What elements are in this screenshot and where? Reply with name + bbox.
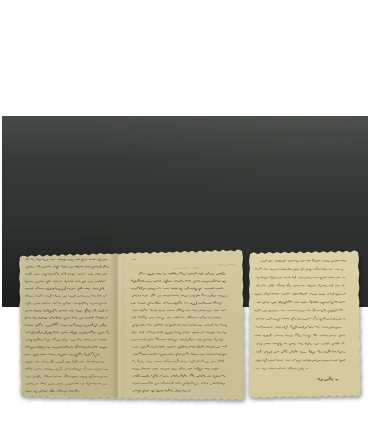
double-letter-sheet [15,248,245,404]
fold-line [110,253,125,397]
page-background [0,0,370,423]
final-letter-sheet [246,249,364,401]
final-sheet-paper [248,250,360,398]
letter-photograph [2,116,368,307]
